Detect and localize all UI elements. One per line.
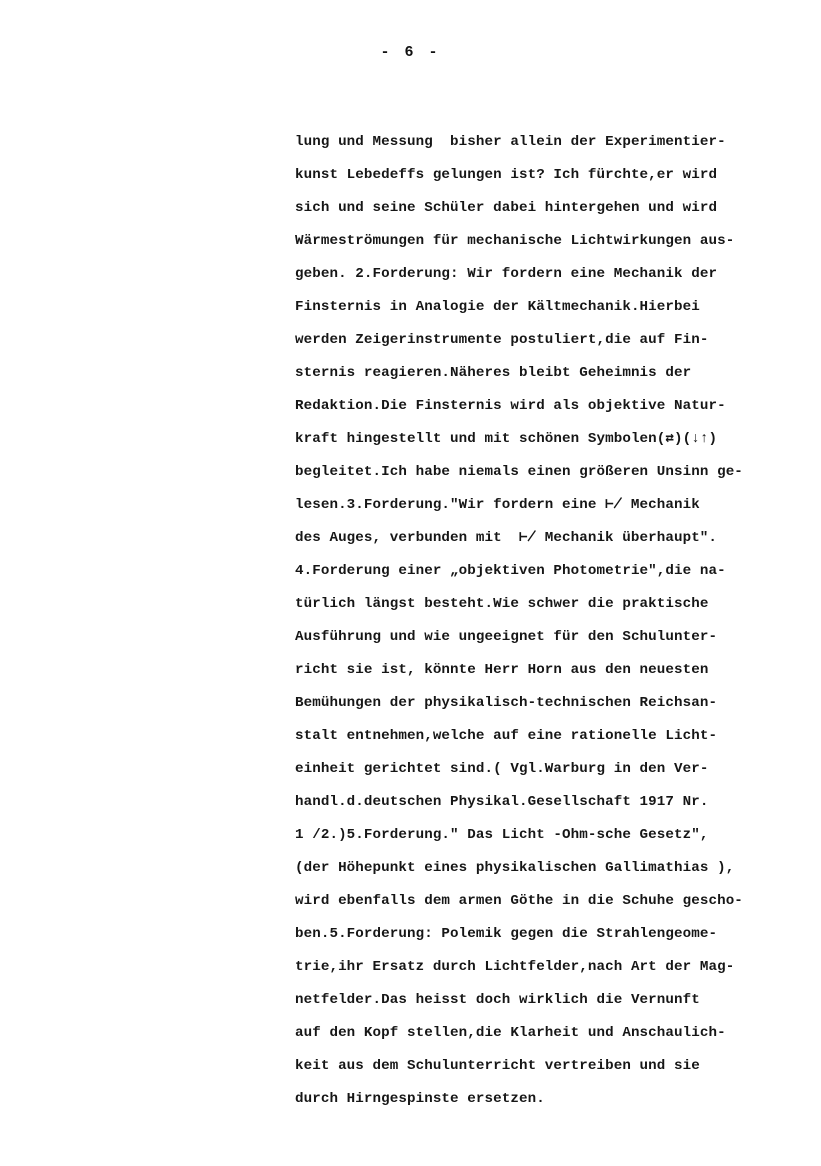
text-line: türlich längst besteht.Wie schwer die pr… bbox=[295, 588, 820, 621]
text-line: werden Zeigerinstrumente postuliert,die … bbox=[295, 324, 820, 357]
document-page: - 6 - lung und Messung bisher allein der… bbox=[0, 0, 821, 1166]
text-line: geben. 2.Forderung: Wir fordern eine Mec… bbox=[295, 258, 820, 291]
text-line: wird ebenfalls dem armen Göthe in die Sc… bbox=[295, 885, 820, 918]
text-line: trie,ihr Ersatz durch Lichtfelder,nach A… bbox=[295, 951, 820, 984]
text-line: begleitet.Ich habe niemals einen größere… bbox=[295, 456, 820, 489]
text-line: keit aus dem Schulunterricht vertreiben … bbox=[295, 1050, 820, 1083]
text-line: kunst Lebedeffs gelungen ist? Ich fürcht… bbox=[295, 159, 820, 192]
text-line: durch Hirngespinste ersetzen. bbox=[295, 1083, 820, 1116]
text-line: 1 /2.)5.Forderung." Das Licht -Ohm-sche … bbox=[295, 819, 820, 852]
text-line: lung und Messung bisher allein der Exper… bbox=[295, 126, 820, 159]
text-line: (der Höhepunkt eines physikalischen Gall… bbox=[295, 852, 820, 885]
text-line: netfelder.Das heisst doch wirklich die V… bbox=[295, 984, 820, 1017]
page-number: - 6 - bbox=[0, 44, 821, 61]
text-line: lesen.3.Forderung."Wir fordern eine ⊬ Me… bbox=[295, 489, 820, 522]
text-line: des Auges, verbunden mit ⊬ Mechanik über… bbox=[295, 522, 820, 555]
text-line: sternis reagieren.Näheres bleibt Geheimn… bbox=[295, 357, 820, 390]
text-line: ben.5.Forderung: Polemik gegen die Strah… bbox=[295, 918, 820, 951]
text-line: Redaktion.Die Finsternis wird als objekt… bbox=[295, 390, 820, 423]
text-line: Finsternis in Analogie der Kältmechanik.… bbox=[295, 291, 820, 324]
text-line: sich und seine Schüler dabei hintergehen… bbox=[295, 192, 820, 225]
text-line: stalt entnehmen,welche auf eine rationel… bbox=[295, 720, 820, 753]
text-line: 4.Forderung einer „objektiven Photometri… bbox=[295, 555, 820, 588]
text-line: einheit gerichtet sind.( Vgl.Warburg in … bbox=[295, 753, 820, 786]
text-line: Ausführung und wie ungeeignet für den Sc… bbox=[295, 621, 820, 654]
text-line: handl.d.deutschen Physikal.Gesellschaft … bbox=[295, 786, 820, 819]
text-line: Wärmeströmungen für mechanische Lichtwir… bbox=[295, 225, 820, 258]
text-line: kraft hingestellt und mit schönen Symbol… bbox=[295, 423, 820, 456]
text-line: Bemühungen der physikalisch-technischen … bbox=[295, 687, 820, 720]
text-line: richt sie ist, könnte Herr Horn aus den … bbox=[295, 654, 820, 687]
body-text: lung und Messung bisher allein der Exper… bbox=[295, 126, 820, 1116]
text-line: auf den Kopf stellen,die Klarheit und An… bbox=[295, 1017, 820, 1050]
